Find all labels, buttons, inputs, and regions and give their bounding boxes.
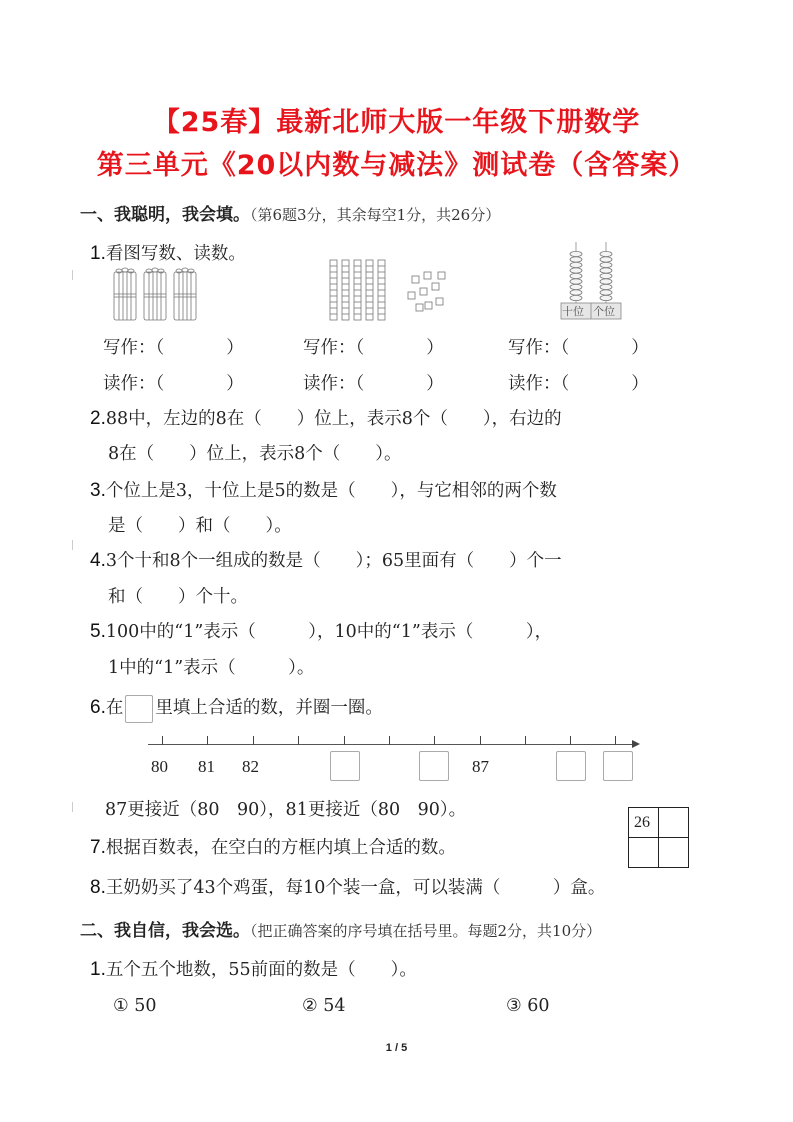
grid-cell-26: 26 <box>634 814 650 832</box>
section-1-heading: 一、我聪明，我会填。（第6题3分，其余每空1分，共26分） <box>80 200 500 225</box>
tick <box>298 736 299 745</box>
number-line-label-80: 80 <box>151 757 168 777</box>
write-answer-2[interactable]: 写作：（） <box>303 334 444 359</box>
tick <box>570 736 571 745</box>
hundred-chart-grid: 26 <box>628 807 689 868</box>
section-2-question-1: 1.五个五个地数，55前面的数是（ ）。 <box>90 956 417 981</box>
grid-cell-blank-top-right[interactable] <box>659 808 688 837</box>
section-2-title: 二、我自信，我会选。 <box>80 921 250 941</box>
read-answer-2[interactable]: 读作：（） <box>303 370 444 395</box>
tick <box>207 736 208 745</box>
tick <box>162 736 163 745</box>
read-answer-1[interactable]: 读作：（） <box>103 370 244 395</box>
arrow-right-icon <box>632 740 640 748</box>
option-3[interactable]: ③ 60 <box>506 996 550 1016</box>
margin-mark <box>72 270 73 280</box>
tick <box>480 736 481 745</box>
question-2-line-1: 2.88中，左边的8在（ ）位上，表示8个（ ），右边的 <box>90 405 562 430</box>
number-line-label-81: 81 <box>198 757 215 777</box>
question-8: 8.王奶奶买了43个鸡蛋，每10个装一盒，可以装满（ ）盒。 <box>90 874 605 899</box>
number-line-label-82: 82 <box>242 757 259 777</box>
option-2[interactable]: ② 54 <box>302 996 346 1016</box>
base-ten-blocks-figure <box>328 258 456 324</box>
tick <box>253 736 254 745</box>
number-line-answer-box-84[interactable] <box>330 751 360 781</box>
question-6-compare: 87更接近（80 90），81更接近（80 90）。 <box>105 796 466 821</box>
tick <box>434 736 435 745</box>
question-4-line-1: 4.3个十和8个一组成的数是（ ）；65里面有（ ）个一 <box>90 547 562 572</box>
section-1-note: （第6题3分，其余每空1分，共26分） <box>250 206 500 224</box>
abacus-tens-label: 十位 <box>562 303 584 319</box>
margin-mark <box>72 802 73 812</box>
tick <box>389 736 390 745</box>
question-4-line-2: 和（ ）个十。 <box>108 583 248 608</box>
question-5-line-1: 5.100中的“1”表示（ ），10中的“1”表示（ ）， <box>90 618 552 643</box>
question-3-line-1: 3.个位上是3，十位上是5的数是（ ），与它相邻的两个数 <box>90 477 557 502</box>
question-5-line-2: 1中的“1”表示（ ）。 <box>108 654 314 679</box>
tick <box>344 736 345 745</box>
margin-mark <box>72 540 73 550</box>
question-2-line-2: 8在（ ）位上，表示8个（ ）。 <box>108 440 402 465</box>
question-number: 1. <box>90 243 106 264</box>
section-2-heading: 二、我自信，我会选。（把正确答案的序号填在括号里。每题2分，共10分） <box>80 916 601 941</box>
title-line-2: 第三单元《20以内数与减法》测试卷（含答案） <box>0 143 793 182</box>
number-line-label-87: 87 <box>472 757 489 777</box>
stick-bundles-figure <box>110 266 205 324</box>
section-1-title: 一、我聪明，我会填。 <box>80 205 250 225</box>
question-7: 7.根据百数表，在空白的方框内填上合适的数。 <box>90 834 456 859</box>
section-2-note: （把正确答案的序号填在括号里。每题2分，共10分） <box>250 922 601 940</box>
write-answer-3[interactable]: 写作：（） <box>508 334 649 359</box>
title-line-1: 【25春】最新北师大版一年级下册数学 <box>0 100 793 139</box>
read-answer-3[interactable]: 读作：（） <box>508 370 649 395</box>
number-line-answer-box-89[interactable] <box>556 751 586 781</box>
example-box <box>125 695 153 723</box>
grid-cell-blank-bottom-left[interactable] <box>629 838 658 867</box>
question-1: 1.看图写数、读数。 <box>90 240 246 265</box>
option-1[interactable]: ① 50 <box>113 996 157 1016</box>
number-line-answer-box-86[interactable] <box>419 751 449 781</box>
abacus-ones-label: 个位 <box>593 303 615 319</box>
write-answer-1[interactable]: 写作：（） <box>103 334 244 359</box>
question-text: 看图写数、读数。 <box>106 244 246 264</box>
question-6: 6.在里填上合适的数，并圈一圈。 <box>90 694 383 723</box>
question-3-line-2: 是（ ）和（ ）。 <box>108 512 292 537</box>
tick <box>525 736 526 745</box>
number-line-axis <box>148 744 634 745</box>
number-line-answer-box-90[interactable] <box>603 751 633 781</box>
grid-cell-blank-bottom-right[interactable] <box>659 838 688 867</box>
page-number: 1 / 5 <box>0 1042 793 1054</box>
tick <box>615 736 616 745</box>
